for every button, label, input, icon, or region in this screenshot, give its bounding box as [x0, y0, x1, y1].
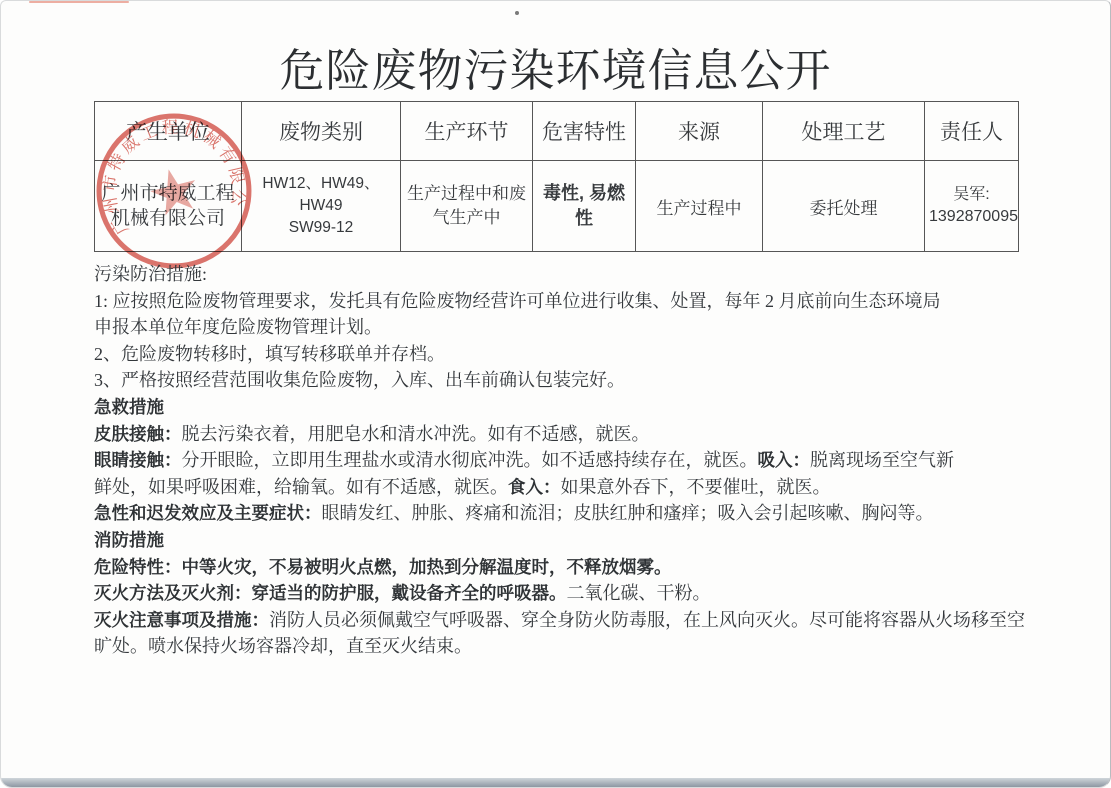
text-line: 急救措施 [94, 394, 1032, 421]
text-segment: 二氧化碳、干粉。 [567, 583, 711, 603]
text-segment: 脱离现场至空气新 [810, 450, 954, 470]
text-segment-bold: 灭火方法及灭火剂： [94, 583, 252, 603]
responsible-name: 吴军: [929, 184, 1014, 206]
text-segment: 3、严格按照经营范围收集危险废物，入库、出车前确认包装完好。 [94, 370, 625, 390]
text-line: 消防措施 [94, 527, 1032, 554]
cell-production-stage: 生产过程中和废气生产中 [401, 161, 533, 252]
text-segment: 2、危险废物转移时，填写转移联单并存档。 [94, 344, 445, 364]
scanned-document-page: 危险废物污染环境信息公开 产生单位 废物类别 生产环节 危害特性 来源 处理工艺… [0, 0, 1111, 788]
page-title: 危险废物污染环境信息公开 [1, 34, 1110, 99]
text-line: 危险特性：中等火灾，不易被明火点燃，加热到分解温度时，不释放烟雾。 [94, 554, 1032, 581]
text-segment-bold: 急性和迟发效应及主要症状： [94, 503, 322, 523]
text-segment: 鲜处，如果呼吸困难，给输氧。如有不适感，就医。 [94, 477, 508, 497]
text-segment-bold: 急救措施 [94, 397, 164, 417]
header-treatment-process: 处理工艺 [763, 102, 925, 161]
text-segment-bold: 吸入： [758, 450, 811, 470]
text-line: 皮肤接触：脱去污染衣着，用肥皂水和清水冲洗。如有不适感，就医。 [94, 421, 1032, 448]
text-segment: 消防人员必须佩戴空气呼吸器、穿全身防火防毒服，在上风向灭火。尽可能将容器从火场移… [269, 610, 1025, 630]
text-line: 3、严格按照经营范围收集危险废物，入库、出车前确认包装完好。 [94, 367, 1032, 394]
measures-text-block: 污染防治措施:1: 应按照危险废物管理要求，发托具有危险废物经营许可单位进行收集… [94, 261, 1032, 660]
text-line: 急性和迟发效应及主要症状：眼睛发红、肿胀、疼痛和流泪；皮肤红肿和瘙痒；吸入会引起… [94, 500, 1032, 527]
text-segment: 如果意外吞下，不要催吐，就医。 [561, 477, 831, 497]
header-source: 来源 [636, 102, 763, 161]
text-segment-bold: 穿适当的防护服，戴设备齐全的呼吸器。 [252, 583, 567, 603]
cell-source: 生产过程中 [636, 161, 763, 252]
header-responsible-person: 责任人 [925, 102, 1019, 161]
text-line: 污染防治措施: [94, 261, 1032, 288]
text-segment: 分开眼睑，立即用生理盐水或清水彻底冲洗。如不适感持续存在，就医。 [182, 450, 758, 470]
scan-bottom-edge [1, 778, 1110, 787]
waste-codes-line1: HW12、HW49、HW49 [246, 173, 396, 217]
scan-dot-mark [515, 11, 519, 15]
text-segment: 污染防治措施: [94, 264, 207, 284]
cell-hazard-property: 毒性, 易燃性 [533, 161, 636, 252]
text-segment-bold: 中等火灾，不易被明火点燃，加热到分解温度时，不释放烟雾。 [182, 557, 672, 577]
text-segment: 眼睛发红、肿胀、疼痛和流泪；皮肤红肿和瘙痒；吸入会引起咳嗽、胸闷等。 [322, 503, 934, 523]
scan-artifact-mark [29, 1, 129, 3]
text-segment-bold: 皮肤接触： [94, 424, 182, 444]
text-segment-bold: 灭火注意事项及措施： [94, 610, 269, 630]
header-hazard-property: 危害特性 [533, 102, 636, 161]
text-line: 眼睛接触：分开眼睑，立即用生理盐水或清水彻底冲洗。如不适感持续存在，就医。吸入：… [94, 447, 1032, 474]
text-segment: 旷处。喷水保持火场容器冷却，直至灭火结束。 [94, 636, 472, 656]
text-segment-bold: 食入： [508, 477, 561, 497]
text-line: 旷处。喷水保持火场容器冷却，直至灭火结束。 [94, 633, 1032, 660]
text-line: 1: 应按照危险废物管理要求，发托具有危险废物经营许可单位进行收集、处置，每年 … [94, 288, 1032, 315]
text-line: 申报本单位年度危险废物管理计划。 [94, 314, 1032, 341]
header-production-stage: 生产环节 [401, 102, 533, 161]
text-line: 灭火方法及灭火剂：穿适当的防护服，戴设备齐全的呼吸器。二氧化碳、干粉。 [94, 580, 1032, 607]
text-segment: 脱去污染衣着，用肥皂水和清水冲洗。如有不适感，就医。 [182, 424, 650, 444]
text-segment-bold: 危险特性： [94, 557, 182, 577]
cell-treatment-process: 委托处理 [763, 161, 925, 252]
seal-star-icon [146, 164, 201, 218]
text-segment-bold: 消防措施 [94, 530, 164, 550]
cell-responsible-person: 吴军: 13928700956 [925, 161, 1019, 252]
text-segment: 1: 应按照危险废物管理要求，发托具有危险废物经营许可单位进行收集、处置，每年 … [94, 291, 941, 311]
responsible-phone: 13928700956 [929, 206, 1014, 228]
text-line: 灭火注意事项及措施：消防人员必须佩戴空气呼吸器、穿全身防火防毒服，在上风向灭火。… [94, 607, 1032, 634]
header-waste-category: 废物类别 [242, 102, 401, 161]
text-segment-bold: 眼睛接触： [94, 450, 182, 470]
text-line: 鲜处，如果呼吸困难，给输氧。如有不适感，就医。食入：如果意外吞下，不要催吐，就医… [94, 474, 1032, 501]
text-line: 2、危险废物转移时，填写转移联单并存档。 [94, 341, 1032, 368]
text-segment: 申报本单位年度危险废物管理计划。 [94, 317, 382, 337]
